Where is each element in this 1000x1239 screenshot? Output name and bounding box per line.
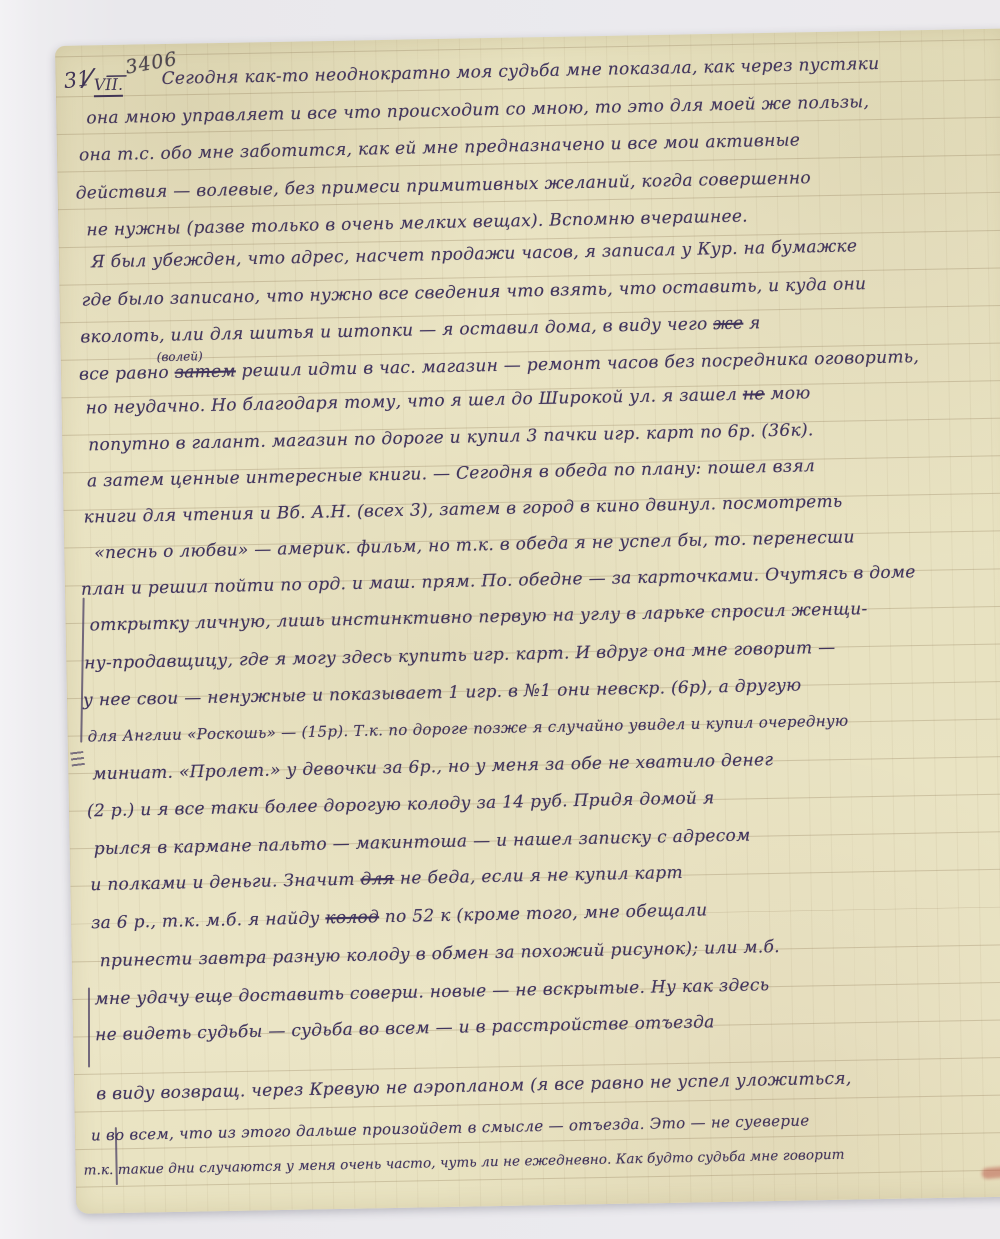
handwritten-line: где было записано, что нужно все сведени… [81,274,866,310]
handwritten-line: она т.с. обо мне заботится, как ей мне п… [79,130,801,165]
handwritten-line: вколоть, или для шитья и штопки — я оста… [80,313,761,347]
handwritten-line: открытку личную, лишь инстинктивно перву… [89,599,867,635]
handwritten-line: в виду возвращ. через Кревую не аэроплан… [96,1069,852,1105]
line-text: я [743,313,761,333]
handwritten-line: попутно в галант. магазин по дороге и ку… [88,420,814,455]
date-dash: — [105,63,127,88]
handwritten-line: принести завтра разную колоду в обмен за… [100,937,781,971]
handwritten-line: действия — волевые, без примеси примитив… [76,168,812,203]
line-text: не беда, если я не купил карт [394,863,683,889]
margin-stroke [88,988,90,1068]
handwritten-line: но неудачно. Но благодаря тому, что я ше… [85,383,810,418]
handwritten-line: для Англии «Роскошь» — (15р). Т.к. по до… [87,712,848,746]
handwritten-line: книги для чтения и Вб. А.Н. (всех 3), за… [83,492,842,528]
handwritten-line: не видеть судьбы — судьба во всем — и в … [95,1012,715,1045]
line-text: но неудачно. Но благодаря тому, что я ше… [85,385,743,419]
handwritten-line: рылся в кармане пальто — макинтоша — и н… [94,826,751,860]
handwritten-line: мне удачу еще доставить соверш. новые — … [94,975,769,1009]
line-text: и полками и деньги. Значит [90,870,361,896]
line-text: вколоть, или для шитья и штопки — я оста… [80,314,713,347]
handwritten-line: а затем ценные интересные книги. — Сегод… [87,456,815,491]
paper-sheet: 31 / VII. — 3406 Сегодня как-то неоднокр… [55,29,1000,1214]
inserted-word-above: (волей) [157,349,203,364]
line-text: мою [764,383,810,404]
struck-word: не [743,384,765,404]
handwritten-line: за 6 р., т.к. м.б. я найду колод по 52 к… [91,900,708,933]
struck-word: затем [174,361,236,382]
red-smudge-mark [981,1165,1000,1179]
line-text: по 52 к (кроме того, мне обещали [379,900,708,927]
scanned-diary-page: 31 / VII. — 3406 Сегодня как-то неоднокр… [0,0,1000,1239]
handwritten-line: миниат. «Пролет.» у девочки за 6р., но у… [92,750,773,784]
handwritten-line: и во всем, что из этого дальше произойде… [91,1111,810,1144]
handwritten-line: Сегодня как-то неоднократно моя судьба м… [161,54,879,89]
handwritten-line: «песнь о любви» — америк. фильм, но т.к.… [94,527,855,563]
handwritten-line: все равно затем решил идти в час. магази… [79,347,919,385]
handwritten-line: ну-продавщицу, где я могу здесь купить и… [84,638,836,674]
struck-word: для [360,869,394,890]
line-text: решил идти в час. магазин — ремонт часов… [236,347,920,381]
margin-hash-mark [70,751,85,767]
handwritten-line: Я был убежден, что адрес, насчет продажи… [91,236,858,272]
handwritten-line: у нее свои — ненужные и показывает 1 игр… [83,675,802,710]
handwritten-line: и полками и деньги. Значит для не беда, … [90,863,683,895]
handwritten-line: т.к. такие дни случаются у меня очень ча… [83,1147,844,1179]
line-text: за 6 р., т.к. м.б. я найду [91,908,326,933]
handwritten-line: (2 р.) и я все таки более дорогую колоду… [87,788,715,821]
line-text: все равно [79,363,175,385]
struck-word: же [713,314,743,335]
handwritten-line: план и решил пойти по орд. и маш. прям. … [81,562,916,599]
handwritten-line: она мною управляет и все что происходит … [86,92,869,128]
struck-word: колод [325,907,379,928]
handwritten-line: не нужны (разве только в очень мелких ве… [86,206,748,240]
